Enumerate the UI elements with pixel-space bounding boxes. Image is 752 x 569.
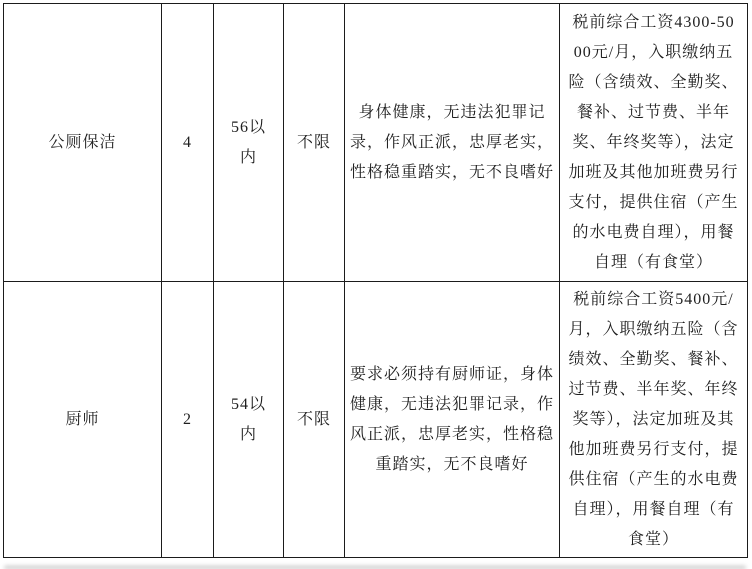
cell-salary-benefits: 税前综合工资4300-50 00元/月，入职缴纳五 险（含绩效、全勤奖、 餐补、… bbox=[560, 4, 748, 282]
cell-age-limit: 54以 内 bbox=[214, 282, 284, 558]
cell-requirements: 要求必须持有厨师证，身体 健康，无违法犯罪记录，作 风正派，忠厚老实，性格稳 重… bbox=[345, 282, 560, 558]
job-listings-table: 公厕保洁 4 56以 内 不限 身体健康，无违法犯罪记 录，作风正派，忠厚老实，… bbox=[3, 3, 748, 558]
table-row-public-toilet-cleaner: 公厕保洁 4 56以 内 不限 身体健康，无违法犯罪记 录，作风正派，忠厚老实，… bbox=[4, 4, 748, 282]
cell-job-title: 公厕保洁 bbox=[4, 4, 162, 282]
cell-job-title: 厨师 bbox=[4, 282, 162, 558]
cell-gender: 不限 bbox=[284, 4, 345, 282]
cell-requirements: 身体健康，无违法犯罪记 录，作风正派，忠厚老实， 性格稳重踏实，无不良嗜好 bbox=[345, 4, 560, 282]
cell-salary-benefits: 税前综合工资5400元/ 月，入职缴纳五险（含 绩效、全勤奖、餐补、 过节费、半… bbox=[560, 282, 748, 558]
cell-headcount: 2 bbox=[162, 282, 214, 558]
cell-headcount: 4 bbox=[162, 4, 214, 282]
recruitment-table-page: 公厕保洁 4 56以 内 不限 身体健康，无违法犯罪记 录，作风正派，忠厚老实，… bbox=[0, 3, 752, 569]
cell-age-limit: 56以 内 bbox=[214, 4, 284, 282]
cell-gender: 不限 bbox=[284, 282, 345, 558]
table-row-chef: 厨师 2 54以 内 不限 要求必须持有厨师证，身体 健康，无违法犯罪记录，作 … bbox=[4, 282, 748, 558]
